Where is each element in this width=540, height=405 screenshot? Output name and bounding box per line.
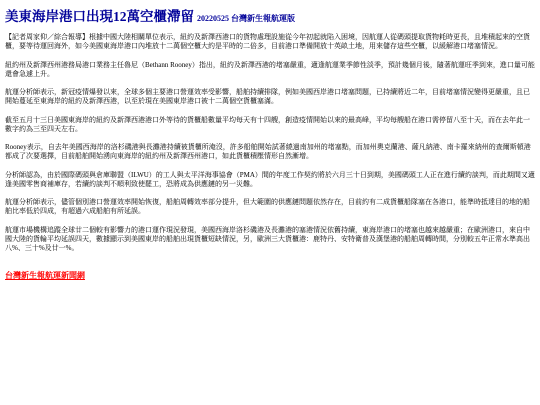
article-body: 【記者周家仰／綜合報導】根據中國大陸相關單位表示，紐約及新澤西港口的貨物處理設施… bbox=[5, 33, 535, 253]
article-paragraph: Rooney表示，自去年美國西海岸的洛杉磯港與長灘港持續被貨櫃所淹沒，許多船舶開… bbox=[5, 143, 535, 161]
article-paragraph: 分析師認為，由於國際碼頭與倉庫聯盟（ILWU）的工人與太平洋海事協會（PMA）間… bbox=[5, 171, 535, 189]
article-paragraph: 截至五月十三日美國東海岸的紐約及新澤西港港口外等待的貨櫃船數量平均每天有十四艘，… bbox=[5, 116, 535, 134]
article-headline: 美東海岸港口出現12萬空櫃滯留20220525 台灣新生報航運版 bbox=[5, 3, 535, 26]
footer-link-row: 台灣新生報航運新聞網 bbox=[5, 265, 535, 283]
article-page: 美東海岸港口出現12萬空櫃滯留20220525 台灣新生報航運版 【記者周家仰／… bbox=[0, 0, 540, 405]
article-paragraph: 航運分析師表示，新冠疫情爆發以來，全球多個主要港口營運效率受影響，船舶持續排隊，… bbox=[5, 88, 535, 106]
related-news-link[interactable]: 台灣新生報航運新聞網 bbox=[5, 271, 85, 280]
article-paragraph: 【記者周家仰／綜合報導】根據中國大陸相關單位表示，紐約及新澤西港口的貨物處理設施… bbox=[5, 33, 535, 51]
article-paragraph: 航運分析師表示，儘管個別港口營運效率開始恢復，船舶周轉效率部分提升，但大範圍的供… bbox=[5, 198, 535, 216]
article-paragraph: 航運市場機構追蹤全球廿二個較有影響力的港口運作現況發現，美國西海岸洛杉磯港及長灘… bbox=[5, 226, 535, 253]
article-title: 美東海岸港口出現12萬空櫃滯留 bbox=[5, 9, 194, 24]
article-paragraph: 紐約州及新澤西州港務局港口業務主任魯尼（Bethann Rooney）指出，紐約… bbox=[5, 61, 535, 79]
article-dateline: 20220525 台灣新生報航運版 bbox=[197, 14, 295, 23]
